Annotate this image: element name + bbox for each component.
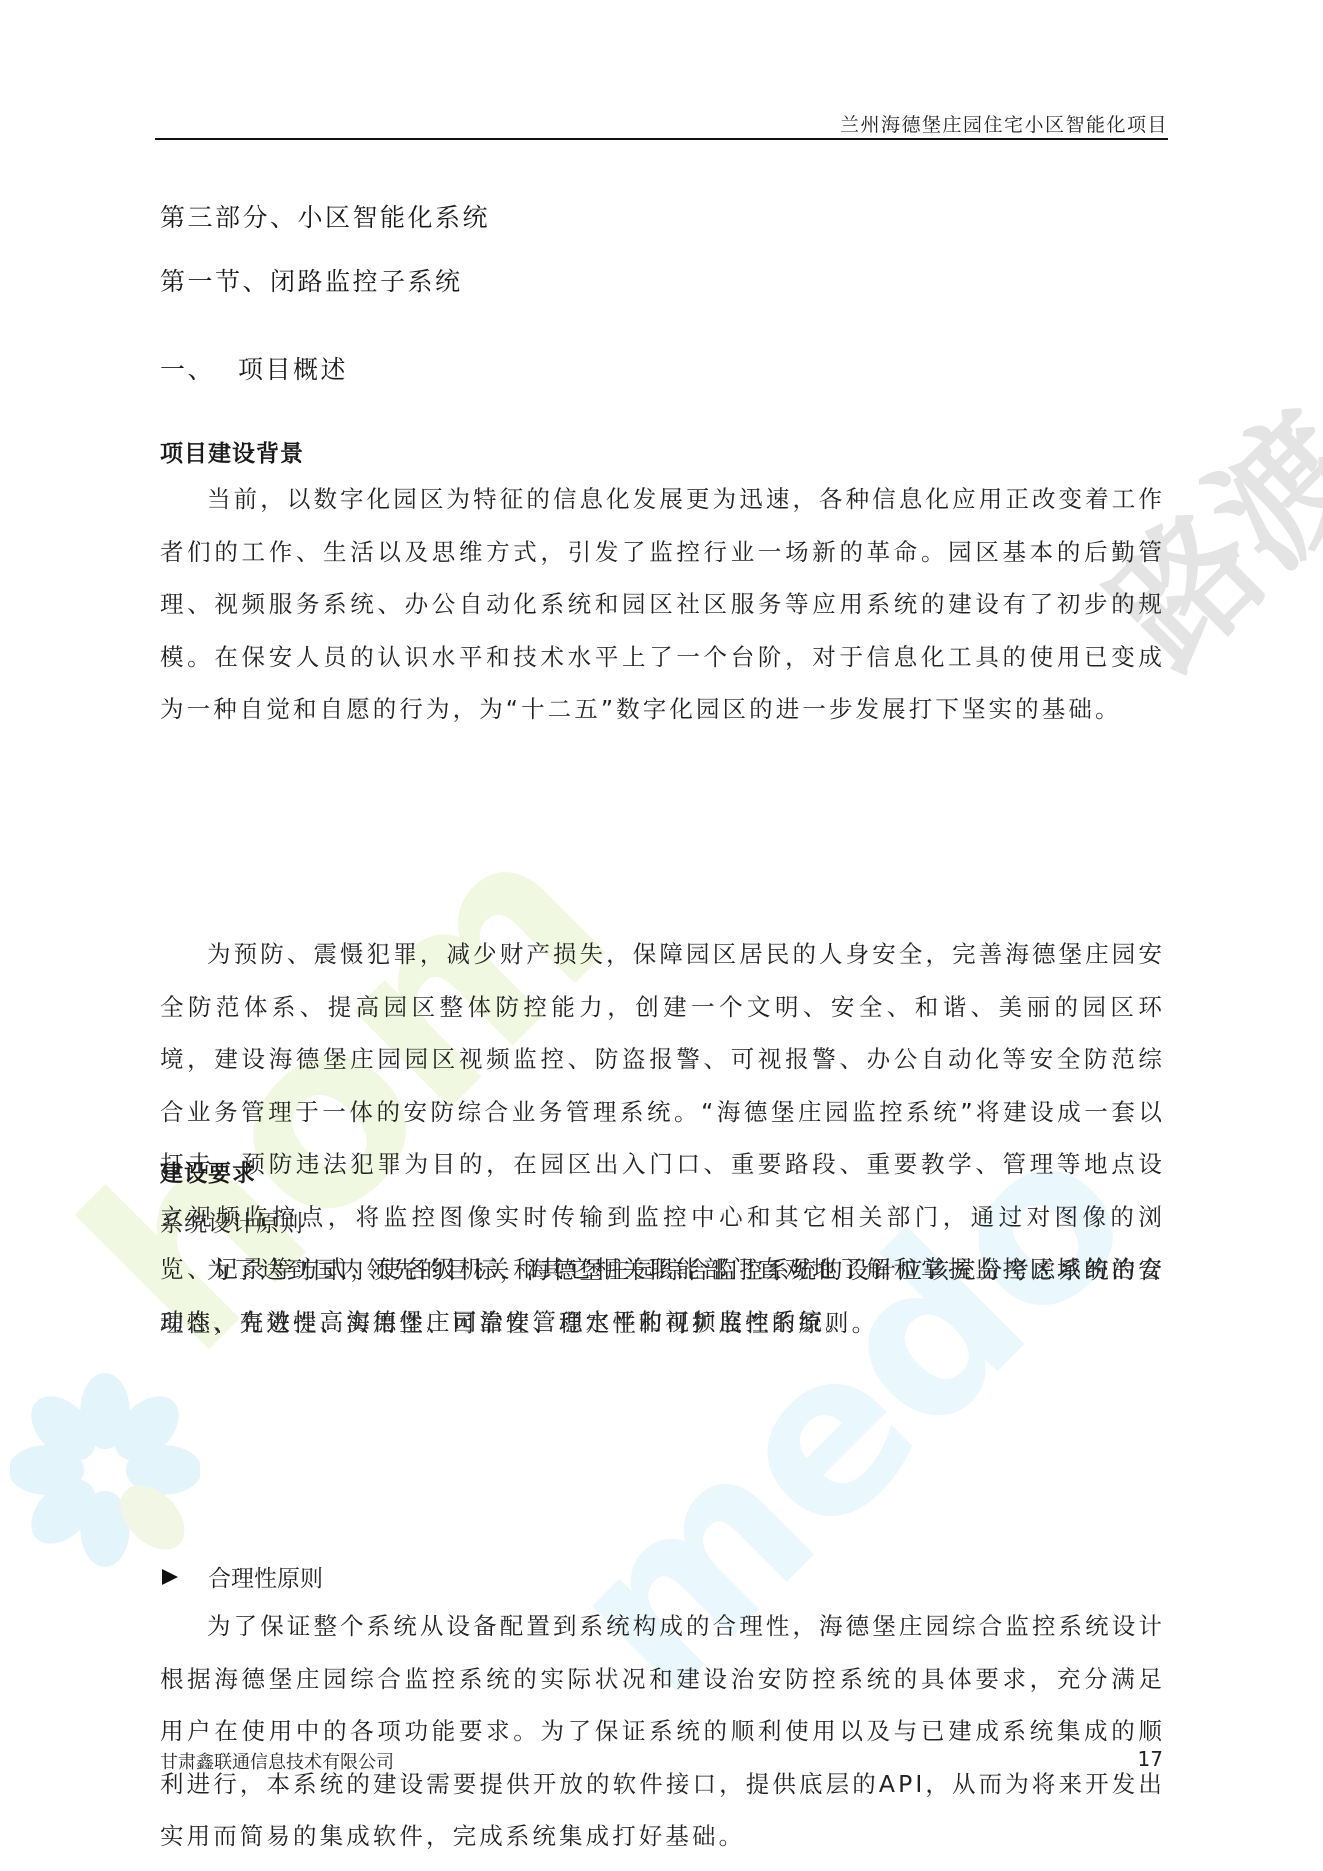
section-heading: 第一节、闭路监控子系统	[160, 262, 463, 298]
item-heading-title: 项目概述	[238, 355, 348, 384]
item-heading-number: 一、	[160, 350, 238, 386]
design-intro-paragraph: 为了达到国内领先的目标，海德堡庄园综合监控系统的设计应该充分考虑系统的合理性、先…	[160, 1244, 1165, 1349]
item-heading: 一、项目概述	[160, 350, 348, 386]
arrow-bullet-icon	[162, 1569, 178, 1585]
header-title: 兰州海德堡庄园住宅小区智能化项目	[840, 110, 1168, 137]
rationality-bullet: 合理性原则	[160, 1560, 323, 1593]
footer-company: 甘肃鑫联通信息技术有限公司	[160, 1748, 394, 1774]
rationality-bullet-label: 合理性原则	[208, 1560, 323, 1593]
part-heading: 第三部分、小区智能化系统	[160, 198, 490, 234]
design-principle-subheading: 系统设计原则	[160, 1205, 304, 1238]
header-divider	[155, 138, 1168, 140]
background-heading: 项目建设背景	[160, 435, 304, 468]
rationality-paragraph: 为了保证整个系统从设备配置到系统构成的合理性，海德堡庄园综合监控系统设计根据海德…	[160, 1600, 1165, 1863]
page-number: 17	[1138, 1747, 1163, 1771]
watermark-flower-icon	[10, 1370, 200, 1570]
requirements-heading: 建设要求	[160, 1155, 256, 1188]
background-paragraph-1: 当前，以数字化园区为特征的信息化发展更为迅速，各种信息化应用正改变着工作者们的工…	[160, 473, 1165, 736]
